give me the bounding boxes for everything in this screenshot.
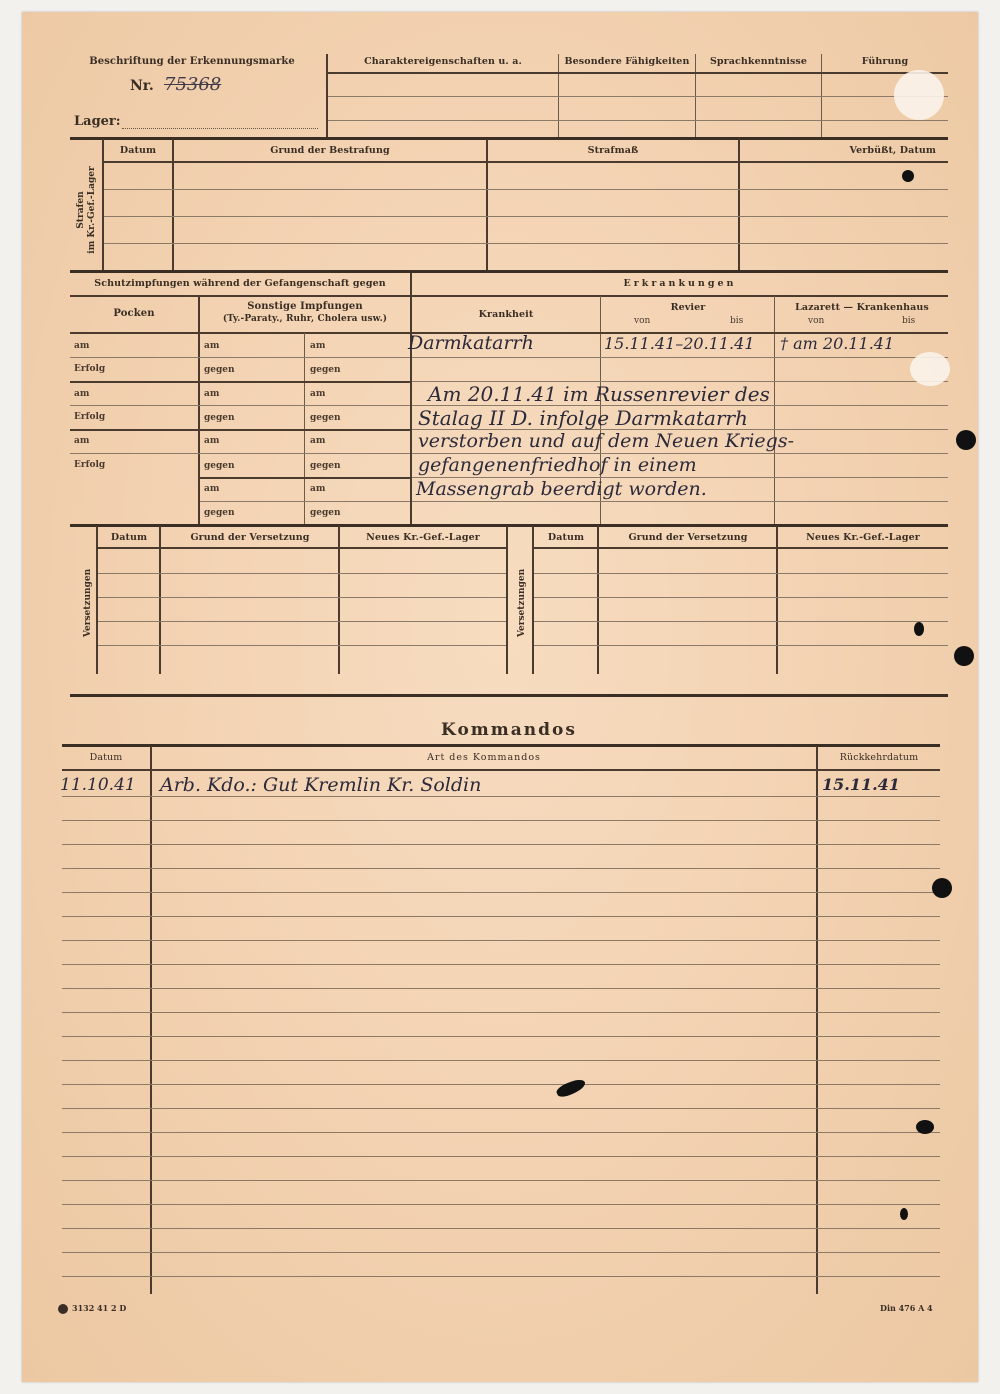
illness-krankheit-value[interactable]: Darmkatarrh: [408, 332, 534, 354]
punch-hole: [916, 1120, 934, 1134]
punishments-side-label: Strafen im Kr.-Gef.-Lager: [76, 155, 98, 265]
lager-label: Lager:: [74, 114, 121, 129]
tag-number-value[interactable]: 75368: [164, 74, 221, 95]
kommando-type-value[interactable]: Arb. Kdo.: Gut Kremlin Kr. Soldin: [160, 774, 481, 796]
kommando-date-value[interactable]: 11.10.41: [60, 775, 136, 795]
header-conduct: Führung: [822, 56, 948, 67]
tag-label: Beschriftung der Erkennungsmarke: [82, 56, 302, 67]
punch-hole: [900, 1208, 908, 1220]
punch-hole: [902, 170, 914, 182]
header-punish-served: Verbüßt, Datum: [740, 145, 946, 156]
illnesses-title: Erkrankungen: [412, 278, 948, 289]
printer-mark-icon: [58, 1304, 68, 1314]
print-code: 3132 41 2 D: [72, 1303, 126, 1313]
illness-lazarett-value[interactable]: † am 20.11.41: [780, 334, 894, 353]
header-kommando-return: Rückkehrdatum: [818, 752, 940, 763]
transfers-side-label-left: Versetzungen: [83, 553, 93, 653]
header-character: Charaktereigenschaften u. a.: [328, 56, 558, 67]
nr-label: Nr.: [130, 78, 154, 94]
header-other-vacc-sub: (Ty.-Paraty., Ruhr, Cholera usw.): [200, 314, 410, 324]
punch-hole: [914, 622, 924, 636]
header-punish-measure: Strafmaß: [488, 145, 738, 156]
header-krankheit: Krankheit: [412, 309, 600, 320]
transfers-side-label-right: Versetzungen: [517, 553, 527, 653]
punch-hole: [956, 430, 976, 450]
lager-field[interactable]: [122, 128, 318, 129]
header-abilities: Besondere Fähigkeiten: [559, 56, 695, 67]
header-kommando-type: Art des Kommandos: [152, 752, 816, 763]
header-languages: Sprachkenntnisse: [696, 56, 821, 67]
illness-revier-value[interactable]: 15.11.41–20.11.41: [604, 334, 755, 353]
din-format: Din 476 A 4: [880, 1303, 933, 1313]
header-punish-reason: Grund der Bestrafung: [174, 145, 486, 156]
punch-hole: [954, 646, 974, 666]
header-punish-date: Datum: [104, 145, 172, 156]
header-lazarett: Lazarett — Krankenhaus: [776, 302, 948, 313]
header-pocken: Pocken: [70, 308, 198, 319]
header-kommando-date: Datum: [62, 752, 150, 763]
header-other-vacc: Sonstige Impfungen: [200, 301, 410, 312]
kommando-return-value[interactable]: 15.11.41: [822, 775, 900, 794]
punch-hole: [932, 878, 952, 898]
ink-blot: [555, 1076, 587, 1100]
pow-record-card: Beschriftung der Erkennungsmarke Nr. 753…: [22, 12, 978, 1382]
vaccinations-title: Schutzimpfungen während der Gefangenscha…: [70, 278, 410, 289]
paper-tear: [894, 70, 944, 120]
kommandos-title: Kommandos: [70, 720, 948, 740]
header-revier: Revier: [602, 302, 774, 313]
paper-tear: [910, 352, 950, 386]
